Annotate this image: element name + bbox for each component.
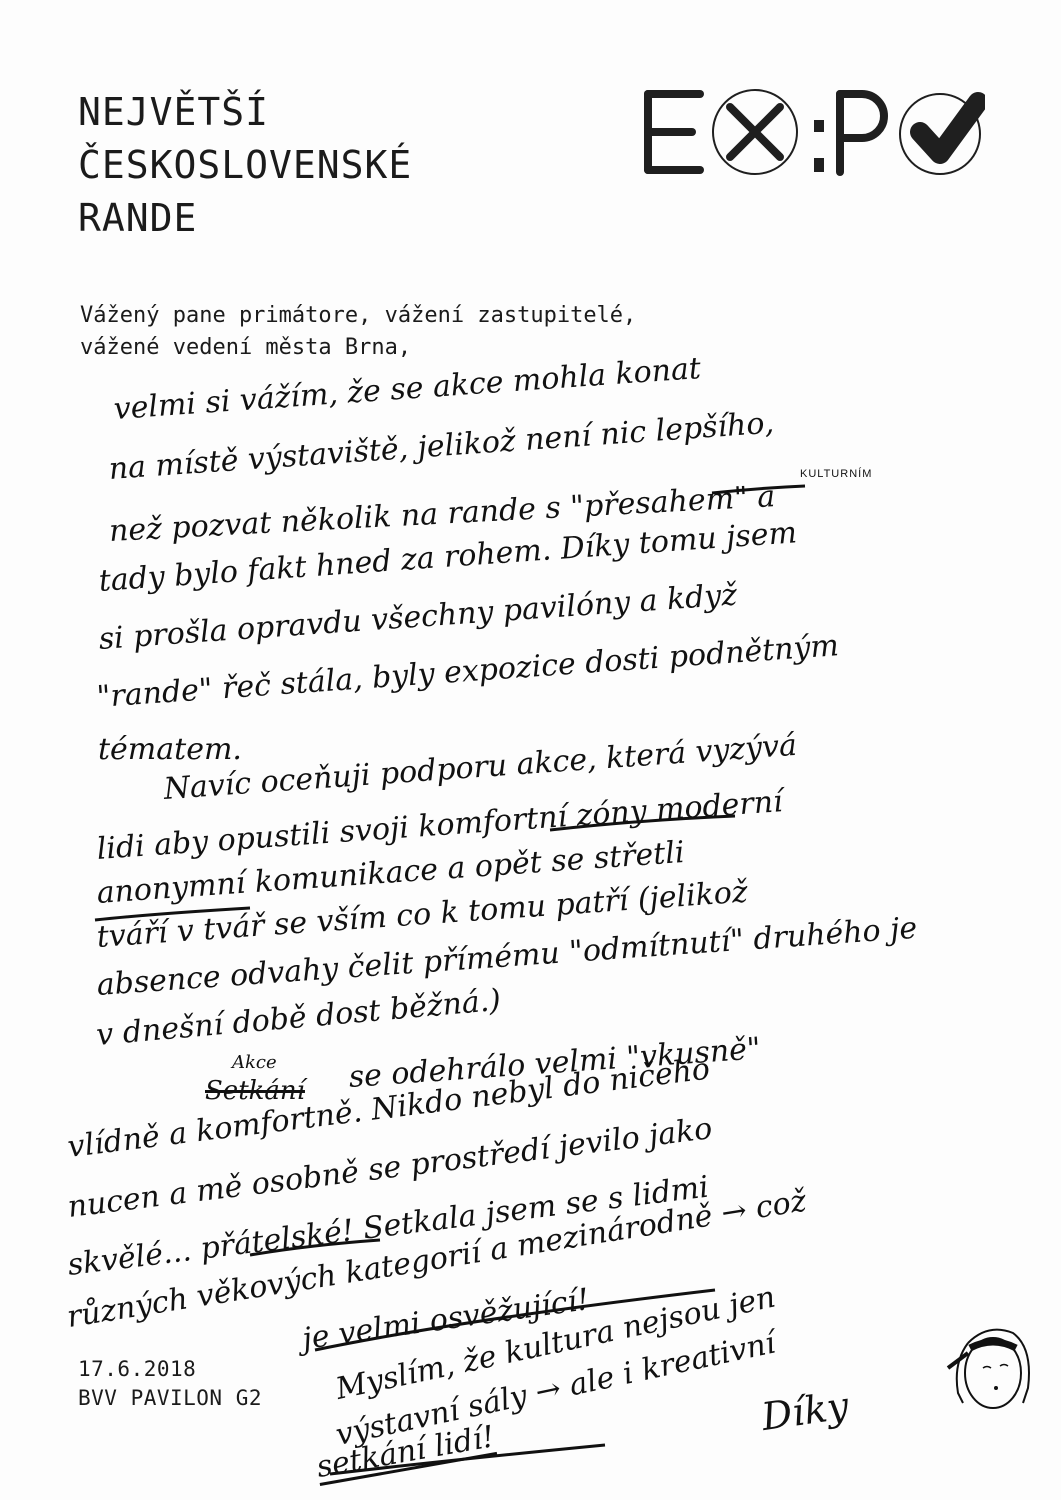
title-line-1: NEJVĚTŠÍ: [78, 86, 412, 139]
logo-colon: [814, 120, 824, 132]
insertion-kulturnim: KULTURNÍM: [800, 468, 872, 480]
salutation-line-1: Vážený pane primátore, vážení zastupitel…: [80, 300, 636, 332]
insertion-akce: Akce: [232, 1052, 277, 1073]
salutation-line-2: vážené vedení města Brna,: [80, 332, 636, 364]
handwritten-line: tématem.: [98, 732, 242, 767]
title-line-2: ČESKOSLOVENSKÉ: [78, 139, 412, 192]
strikethrough-word: Setkání: [205, 1076, 305, 1106]
salutation: Vážený pane primátore, vážení zastupitel…: [80, 300, 636, 364]
letter-page: NEJVĚTŠÍ ČESKOSLOVENSKÉ RANDE: [0, 0, 1061, 1500]
face-doodle-icon: [928, 1318, 1048, 1428]
event-date: 17.6.2018: [78, 1355, 262, 1384]
logo-letter-p: [840, 94, 884, 172]
checkmark-in-circle-icon: [900, 94, 980, 174]
signature: Díky: [759, 1383, 851, 1439]
x-in-circle-icon: [713, 90, 797, 174]
page-title: NEJVĚTŠÍ ČESKOSLOVENSKÉ RANDE: [78, 86, 412, 245]
title-line-3: RANDE: [78, 192, 412, 245]
event-location: BVV PAVILON G2: [78, 1384, 262, 1413]
footer-event-info: 17.6.2018 BVV PAVILON G2: [78, 1355, 262, 1413]
logo-letter-e: [648, 94, 700, 170]
expo-logo: [640, 82, 985, 182]
